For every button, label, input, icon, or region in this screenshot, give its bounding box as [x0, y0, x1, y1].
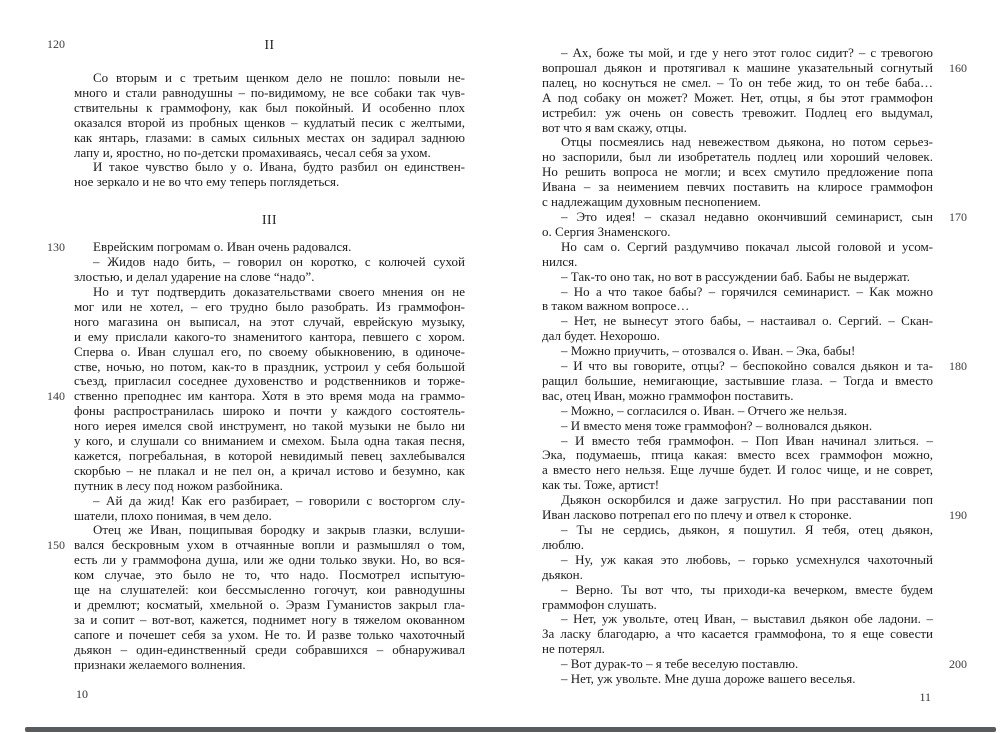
line-number-marker: 130 [47, 240, 65, 255]
text-line: люблю. [542, 538, 933, 553]
text-line: ращил большие, немигающие, застывшие гла… [542, 374, 933, 389]
line-number-marker: 200 [949, 657, 967, 672]
text-line: Отец же Иван, пощипывая бородку и закрыв… [74, 523, 465, 538]
text-line: – Ты не сердись, дьякон, я пошутил. Я те… [542, 523, 933, 538]
text-line: – Нет, не вынесут этого бабы, – настаива… [542, 314, 933, 329]
text-line: – Вот дурак-то – я тебе веселую поставлю… [542, 657, 933, 672]
text-line: ком случае, это было не то, что надо. По… [74, 568, 465, 583]
text-line: ное зеркало и не во что ему теперь погля… [74, 175, 465, 190]
text-line: ще на слушателей: кои бессмысленно гогоч… [74, 583, 465, 598]
text-line: – Нет, уж увольте, отец Иван, – выставил… [542, 612, 933, 627]
text-line: путник в лесу под ножом разбойника. [74, 479, 465, 494]
text-line: и дремлют; косматый, хмельной о. Эразм Г… [74, 598, 465, 613]
text-line: вопрошал дьякон и протягивал к машине ук… [542, 61, 933, 76]
text-line: Еврейским погромам о. Иван очень радовал… [74, 240, 465, 255]
text-line: – И вместо тебя граммофон. – Поп Иван на… [542, 434, 933, 449]
text-line: и ему прислали какого-то знаменитого кан… [74, 330, 465, 345]
text-line: оказался второй из пробных щенков – кудл… [74, 116, 465, 131]
text-line: дьякон – один-единственный среди собравш… [74, 643, 465, 658]
text-line: лапу и, яростно, но по-детски промахивая… [74, 146, 465, 161]
text-line: – И что вы говорите, отцы? – беспокойно … [542, 359, 933, 374]
text-line: Эка, подумаешь, птица какая: вместо всех… [542, 448, 933, 463]
text-line: нился. [542, 255, 933, 270]
line-number-marker: 190 [949, 508, 967, 523]
section-heading: III [74, 212, 465, 227]
text-line: злостью, и делал ударение на слове “надо… [74, 270, 465, 285]
left-page-text: IIСо вторым и с третьим щенком дело не п… [74, 37, 465, 673]
text-line: А под собаку он может? Может. Нет, отцы,… [542, 91, 933, 106]
text-line: – Это идея! – сказал недавно окончивший … [542, 210, 933, 225]
text-line: Со вторым и с третьим щенком дело не пош… [74, 71, 465, 86]
text-line: вас, отец Иван, можно граммофон поставит… [542, 389, 933, 404]
text-line: ного магазина он выписал, на этот случай… [74, 315, 465, 330]
text-line: ствительны к граммофону, как был покойны… [74, 101, 465, 116]
text-line: о. Сергия Знаменского. [542, 225, 933, 240]
text-line: признаки желаемого волнения. [74, 658, 465, 673]
text-line: вот что я вам скажу, отцы. [542, 121, 933, 136]
text-line: – Ай да жид! Как его разбирает, – говори… [74, 494, 465, 509]
text-line: шатели, плохо понимая, в чем дело. [74, 509, 465, 524]
text-line: Но и тут подтвердить доказательствами св… [74, 285, 465, 300]
text-line: сапоге и почешет себя за ухом. Не то. И … [74, 628, 465, 643]
text-line: в таком важном вопросе… [542, 299, 933, 314]
text-line: – Так-то оно так, но вот в рассуждении б… [542, 270, 933, 285]
text-line: а вместо него нельзя. Еще лучше будет. И… [542, 463, 933, 478]
line-number-marker: 140 [47, 389, 65, 404]
scan-shadow [25, 727, 996, 732]
text-line: – И вместо меня тоже граммофон? – волнов… [542, 419, 933, 434]
text-line: с надлежащим духовным песнопением. [542, 195, 933, 210]
book-spread: 120 IIСо вторым и с третьим щенком дело … [0, 0, 1000, 733]
text-line: – Ах, боже ты мой, и где у него этот гол… [542, 46, 933, 61]
text-line: – Верно. Ты вот что, ты приходи-ка вечер… [542, 583, 933, 598]
line-number-marker: 180 [949, 359, 967, 374]
text-line: мог или не хотел, – его трудно было разо… [74, 300, 465, 315]
text-line: съезд, пригласил соседнее духовенство и … [74, 374, 465, 389]
text-line: Но сам о. Сергий раздумчиво покачал лысо… [542, 240, 933, 255]
text-line: – Нет, уж увольте. Мне душа дороже вашег… [542, 672, 933, 687]
section-heading: II [74, 37, 465, 52]
text-line: – Жидов надо бить, – говорил он коротко,… [74, 255, 465, 270]
right-page-text: – Ах, боже ты мой, и где у него этот гол… [542, 46, 933, 687]
text-line: ного иерея имелся свой инструмент, но та… [74, 419, 465, 434]
text-line: как ты. Тоже, артист! [542, 478, 933, 493]
text-line: Ивана – за неимением певчих поставить на… [542, 180, 933, 195]
text-line: не потерял. [542, 642, 933, 657]
text-line: дал будет. Нехорошо. [542, 329, 933, 344]
text-line: у кого, и слушали со вниманием и смехом.… [74, 434, 465, 449]
text-line: стве, ночью, но потом, как-то в праздник… [74, 360, 465, 375]
text-line: Дьякон оскорбился и даже загрустил. Но п… [542, 493, 933, 508]
text-line: палец, но коснуться не смел. – То он теб… [542, 76, 933, 91]
text-line: вался бескровным ухом в отчаянные вопли … [74, 538, 465, 553]
text-line: – Можно, – согласился о. Иван. – Отчего … [542, 404, 933, 419]
text-line: много и стали равнодушны – по-видимому, … [74, 86, 465, 101]
text-line: – Ну, уж какая это любовь, – горько усме… [542, 553, 933, 568]
text-line: За ласку благодарю, а что касается грамм… [542, 627, 933, 642]
line-number-marker: 160 [949, 61, 967, 76]
text-line: истребил: уж очень он совесть тревожит. … [542, 106, 933, 121]
text-line: есть ли у граммофона душа, или же одни т… [74, 553, 465, 568]
text-line: граммофон слушать. [542, 598, 933, 613]
page-number: 11 [919, 690, 931, 704]
text-line: – Можно приучить, – отозвался о. Иван. –… [542, 344, 933, 359]
text-line: И такое чувство было у о. Ивана, будто р… [74, 160, 465, 175]
text-line: Отцы посмеялись над невежеством дьякона,… [542, 135, 933, 150]
text-line: кажется, погребальная, в которой невидим… [74, 449, 465, 464]
text-line: скорбью – не плакал и не пел он, а крича… [74, 464, 465, 479]
text-line: как янтарь, глазами: в самых сильных мес… [74, 131, 465, 146]
text-line: ственно преподнес им кантора. Хотя в это… [74, 389, 465, 404]
line-number-marker: 170 [949, 210, 967, 225]
text-line: дьякон. [542, 568, 933, 583]
text-line: фоны распространилась широко и почти у к… [74, 404, 465, 419]
text-line: но заспорили, был ли изобретатель подлец… [542, 150, 933, 165]
page-top-number: 120 [47, 37, 65, 52]
text-line: Сперва о. Иван слушал его, по своему обы… [74, 345, 465, 360]
text-line: за и сопит – вот-вот, кажется, поднимет … [74, 613, 465, 628]
text-line: Иван ласково потрепал его по плечу и отв… [542, 508, 933, 523]
text-line: – Но а что такое бабы? – горячился семин… [542, 285, 933, 300]
page-number: 10 [76, 687, 88, 701]
line-number-marker: 150 [47, 538, 65, 553]
text-line: Но решить вопроса не могли; и всех смути… [542, 165, 933, 180]
